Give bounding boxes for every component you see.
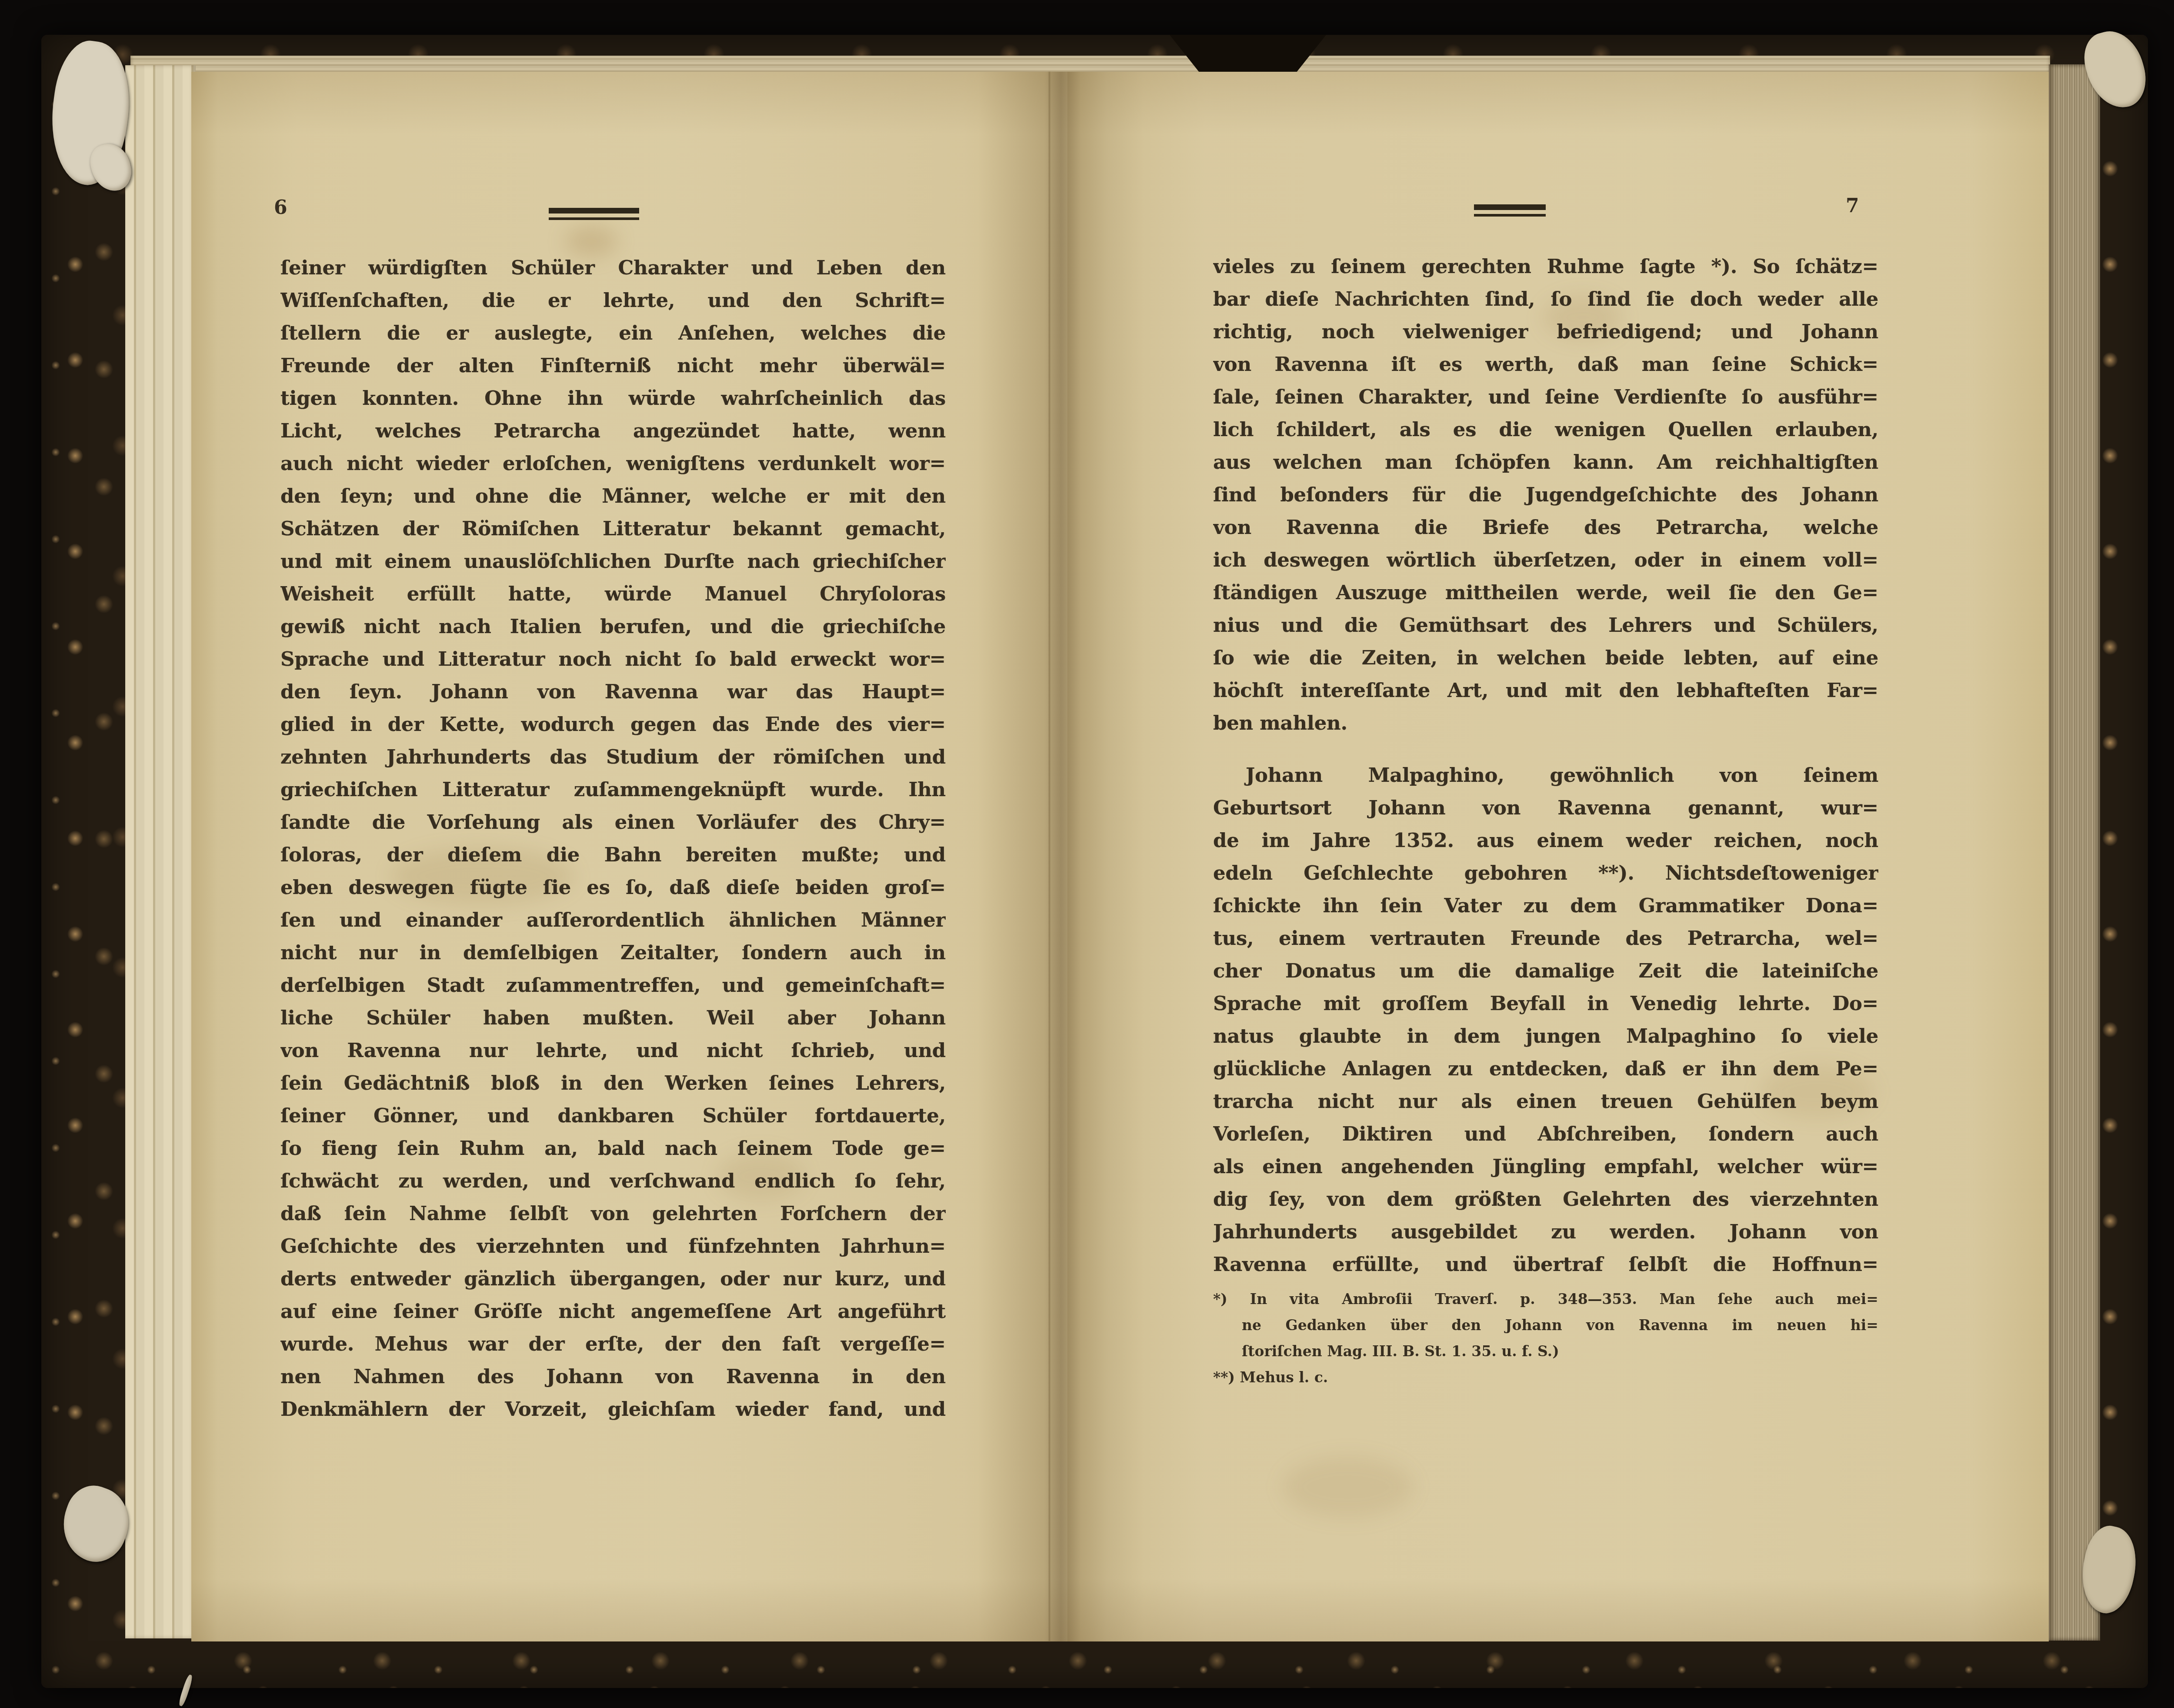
text-line: Wiſſenſchaften, die er lehrte, und den S… — [280, 284, 946, 317]
text-line: natus glaubte in dem jungen Malpaghino ſ… — [1213, 1020, 1878, 1052]
text-line: vieles zu ſeinem gerechten Ruhme ſagte *… — [1213, 250, 1878, 283]
text-line: auch nicht wieder erloſchen, wenigſtens … — [280, 447, 946, 480]
footnote-line: **) Mehus l. c. — [1213, 1364, 1878, 1391]
text-line: Sprache mit groſſem Beyfall in Venedig l… — [1213, 987, 1878, 1020]
text-line: aus welchen man ſchöpfen kann. Am reichh… — [1213, 446, 1878, 478]
left-page-text: ſeiner würdigſten Schüler Charakter und … — [280, 251, 946, 1425]
text-line: ſeiner Gönner, und dankbaren Schüler for… — [280, 1099, 946, 1132]
paragraph: vieles zu ſeinem gerechten Ruhme ſagte *… — [1213, 250, 1878, 739]
text-line: de im Jahre 1352. aus einem weder reiche… — [1213, 824, 1878, 857]
text-line: von Ravenna die Briefe des Petrarcha, we… — [1213, 511, 1878, 544]
text-line: ſchickte ihn ſein Vater zu dem Grammatik… — [1213, 889, 1878, 922]
text-line: Geſchichte des vierzehnten und fünfzehnt… — [280, 1230, 946, 1262]
header-rule-right — [1474, 204, 1546, 217]
text-line: glied in der Kette, wodurch gegen das En… — [280, 708, 946, 741]
text-line: und mit einem unauslöſchlichen Durſte na… — [280, 545, 946, 577]
text-line: ſtellern die er auslegte, ein Anſehen, w… — [280, 317, 946, 349]
fore-edge-page-stack — [2049, 64, 2100, 1641]
page-number-left: 6 — [274, 197, 287, 219]
footnote: **) Mehus l. c. — [1213, 1364, 1878, 1391]
text-line: ſo wie die Zeiten, in welchen beide lebt… — [1213, 641, 1878, 674]
right-page-text: vieles zu ſeinem gerechten Ruhme ſagte *… — [1213, 250, 1878, 1281]
footnote-block: *) In vita Ambroſii Traverſ. p. 348—353.… — [1213, 1286, 1878, 1391]
text-line: bar dieſe Nachrichten ſind, ſo ſind ſie … — [1213, 283, 1878, 315]
header-rule-left — [549, 208, 639, 220]
text-line: tigen konnten. Ohne ihn würde wahrſchein… — [280, 382, 946, 414]
text-line: ich deswegen wörtlich überſetzen, oder i… — [1213, 544, 1878, 576]
text-line: nicht nur in demſelbigen Zeitalter, ſond… — [280, 936, 946, 969]
text-line: liche Schüler haben mußten. Weil aber Jo… — [280, 1001, 946, 1034]
text-line: von Ravenna iſt es werth, daß man ſeine … — [1213, 348, 1878, 380]
text-line: Denkmählern der Vorzeit, gleichſam wiede… — [280, 1393, 946, 1425]
text-line: ſtändigen Auszuge mittheilen werde, weil… — [1213, 576, 1878, 609]
footnote: *) In vita Ambroſii Traverſ. p. 348—353.… — [1213, 1286, 1878, 1364]
text-line: ſind beſonders für die Jugendgeſchichte … — [1213, 478, 1878, 511]
text-line: eben deswegen fügte ſie es ſo, daß dieſe… — [280, 871, 946, 904]
footnote-line: *) In vita Ambroſii Traverſ. p. 348—353.… — [1213, 1286, 1878, 1312]
text-line: daß ſein Nahme ſelbſt von gelehrten Forſ… — [280, 1197, 946, 1230]
text-line: ſo fieng ſein Ruhm an, bald nach ſeinem … — [280, 1132, 946, 1164]
text-line: ſchwächt zu werden, und verſchwand endli… — [280, 1164, 946, 1197]
text-line: Schätzen der Römiſchen Litteratur bekann… — [280, 512, 946, 545]
text-line: von Ravenna nur lehrte, und nicht ſchrie… — [280, 1034, 946, 1067]
text-line: ſeiner würdigſten Schüler Charakter und … — [280, 251, 946, 284]
text-line: gewiß nicht nach Italien berufen, und di… — [280, 610, 946, 643]
text-line: als einen angehenden Jüngling empfahl, w… — [1213, 1150, 1878, 1183]
scan-background: { "colors":{ "background":"#0b0908", "pa… — [0, 0, 2174, 1708]
text-line: den ſeyn; und ohne die Männer, welche er… — [280, 480, 946, 512]
text-line: cher Donatus um die damalige Zeit die la… — [1213, 954, 1878, 987]
text-line: Geburtsort Johann von Ravenna genannt, w… — [1213, 791, 1878, 824]
text-line: derſelbigen Stadt zuſammentreffen, und g… — [280, 969, 946, 1001]
text-line: höchſt intereſſante Art, und mit den leb… — [1213, 674, 1878, 707]
text-line: Licht, welches Petrarcha angezündet hatt… — [280, 414, 946, 447]
text-line: tus, einem vertrauten Freunde des Petrar… — [1213, 922, 1878, 954]
text-line: Ravenna erfüllte, und übertraf ſelbſt di… — [1213, 1248, 1878, 1281]
text-line: Jahrhunderts ausgebildet zu werden. Joha… — [1213, 1215, 1878, 1248]
page-number-right: 7 — [1846, 195, 1859, 217]
text-line: Freunde der alten Finſterniß nicht mehr … — [280, 349, 946, 382]
text-line: Vorleſen, Diktiren und Abſchreiben, ſond… — [1213, 1118, 1878, 1150]
paragraph: ſeiner würdigſten Schüler Charakter und … — [280, 251, 946, 1425]
text-line: ſale, ſeinen Charakter, und ſeine Verdie… — [1213, 380, 1878, 413]
text-line: griechiſchen Litteratur zuſammengeknüpft… — [280, 773, 946, 806]
footnote-line: ne Gedanken über den Johann von Ravenna … — [1213, 1312, 1878, 1338]
text-line: den ſeyn. Johann von Ravenna war das Hau… — [280, 675, 946, 708]
text-line: wurde. Mehus war der erſte, der den faſt… — [280, 1328, 946, 1360]
paragraph: Johann Malpaghino, gewöhnlich von ſeinem… — [1213, 759, 1878, 1281]
text-line: nen Nahmen des Johann von Ravenna in den — [280, 1360, 946, 1393]
text-line: lich ſchildert, als es die wenigen Quell… — [1213, 413, 1878, 446]
text-line: ſein Gedächtniß bloß in den Werken ſeine… — [280, 1067, 946, 1099]
text-line: glückliche Anlagen zu entdecken, daß er … — [1213, 1052, 1878, 1085]
text-line: richtig, noch vielweniger befriedigend; … — [1213, 315, 1878, 348]
text-line: auf eine ſeiner Gröſſe nicht angemeſſene… — [280, 1295, 946, 1328]
gutter-crease — [1049, 72, 1050, 1641]
text-line: ſandte die Vorſehung als einen Vorläufer… — [280, 806, 946, 838]
left-page-edges — [125, 65, 196, 1638]
text-line: Johann Malpaghino, gewöhnlich von ſeinem — [1213, 759, 1878, 791]
text-line: Weisheit erfüllt hatte, würde Manuel Chr… — [280, 577, 946, 610]
text-line: nius und die Gemüthsart des Lehrers und … — [1213, 609, 1878, 641]
text-line: dig ſey, von dem größten Gelehrten des v… — [1213, 1183, 1878, 1215]
text-line: ben mahlen. — [1213, 707, 1878, 739]
footnote-line: ſtoriſchen Mag. III. B. St. 1. 35. u. f.… — [1213, 1338, 1878, 1364]
text-line: derts entweder gänzlich übergangen, oder… — [280, 1262, 946, 1295]
text-line: ſen und einander auſſerordentlich ähnlic… — [280, 904, 946, 936]
text-line: edeln Geſchlechte gebohren **). Nichtsde… — [1213, 857, 1878, 889]
text-line: Sprache und Litteratur noch nicht ſo bal… — [280, 643, 946, 675]
text-line: zehnten Jahrhunderts das Studium der röm… — [280, 741, 946, 773]
text-line: ſoloras, der dieſem die Bahn bereiten mu… — [280, 838, 946, 871]
text-line: trarcha nicht nur als einen treuen Gehül… — [1213, 1085, 1878, 1118]
